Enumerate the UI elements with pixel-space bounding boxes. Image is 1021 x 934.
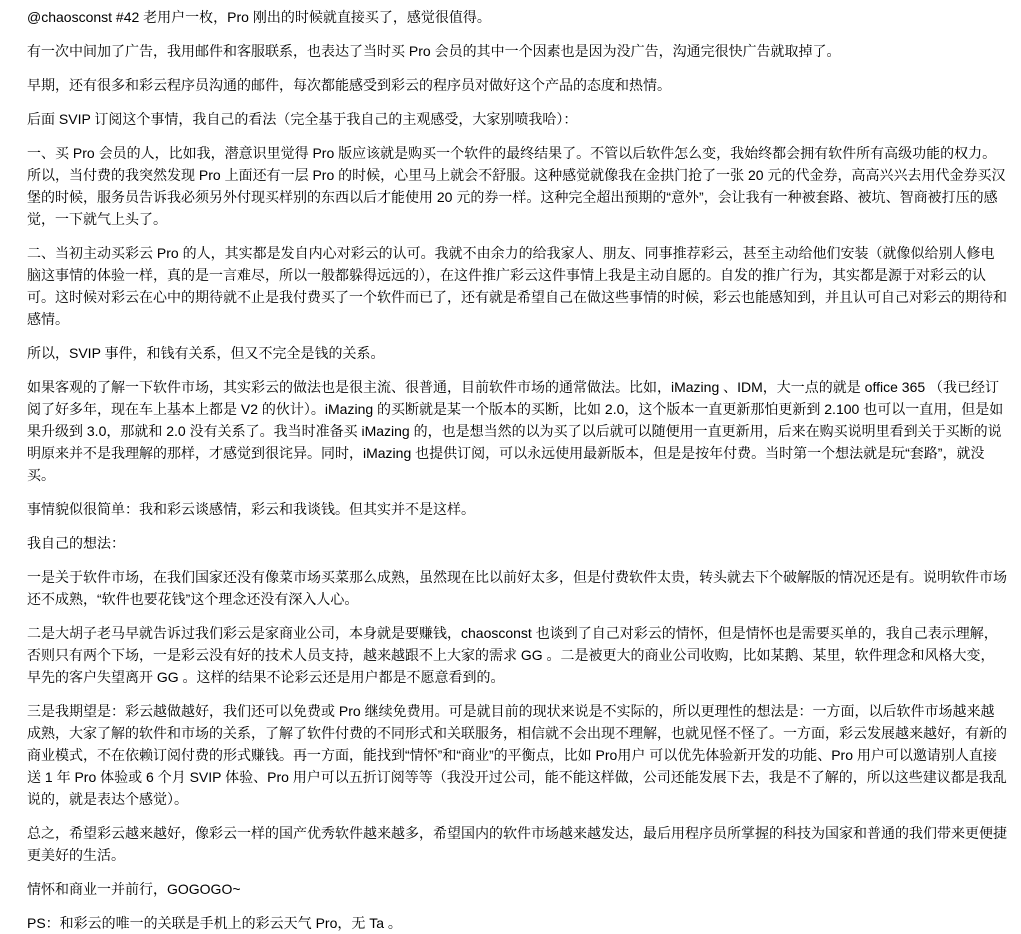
post-paragraph: 早期，还有很多和彩云程序员沟通的邮件，每次都能感受到彩云的程序员对做好这个产品的… bbox=[27, 74, 1008, 96]
comment-body: @chaosconst #42 老用户一枚，Pro 刚出的时候就直接买了，感觉很… bbox=[0, 0, 1021, 934]
post-paragraph-ps: PS：和彩云的唯一的关联是手机上的彩云天气 Pro，无 Ta 。 bbox=[27, 912, 1008, 934]
post-paragraph-thought-three: 三是我期望是：彩云越做越好，我们还可以免费或 Pro 继续免费用。可是就目前的现… bbox=[27, 700, 1008, 810]
post-paragraph-point-two: 二、当初主动买彩云 Pro 的人，其实都是发自内心对彩云的认可。我就不由余力的给… bbox=[27, 242, 1008, 330]
post-paragraph: 后面 SVIP 订阅这个事情，我自己的看法（完全基于我自己的主观感受，大家别喷我… bbox=[27, 108, 1008, 130]
post-paragraph: 所以，SVIP 事件，和钱有关系，但又不完全是钱的关系。 bbox=[27, 342, 1008, 364]
post-paragraph-summary: 总之，希望彩云越来越好，像彩云一样的国产优秀软件越来越多，希望国内的软件市场越来… bbox=[27, 822, 1008, 866]
post-paragraph: 事情貌似很简单：我和彩云谈感情，彩云和我谈钱。但其实并不是这样。 bbox=[27, 498, 1008, 520]
post-paragraph: 有一次中间加了广告，我用邮件和客服联系，也表达了当时买 Pro 会员的其中一个因… bbox=[27, 40, 1008, 62]
post-paragraph: 我自己的想法： bbox=[27, 532, 1008, 554]
post-paragraph: 如果客观的了解一下软件市场，其实彩云的做法也是很主流、很普通，目前软件市场的通常… bbox=[27, 376, 1008, 486]
post-paragraph-slogan: 情怀和商业一并前行，GOGOGO~ bbox=[27, 878, 1008, 900]
post-paragraph-point-one: 一、买 Pro 会员的人，比如我，潜意识里觉得 Pro 版应该就是购买一个软件的… bbox=[27, 142, 1008, 230]
post-paragraph-thought-two: 二是大胡子老马早就告诉过我们彩云是家商业公司，本身就是要赚钱，chaoscons… bbox=[27, 622, 1008, 688]
post-paragraph-thought-one: 一是关于软件市场，在我们国家还没有像菜市场买菜那么成熟，虽然现在比以前好太多，但… bbox=[27, 566, 1008, 610]
post-paragraph-mention: @chaosconst #42 老用户一枚，Pro 刚出的时候就直接买了，感觉很… bbox=[27, 6, 1008, 28]
